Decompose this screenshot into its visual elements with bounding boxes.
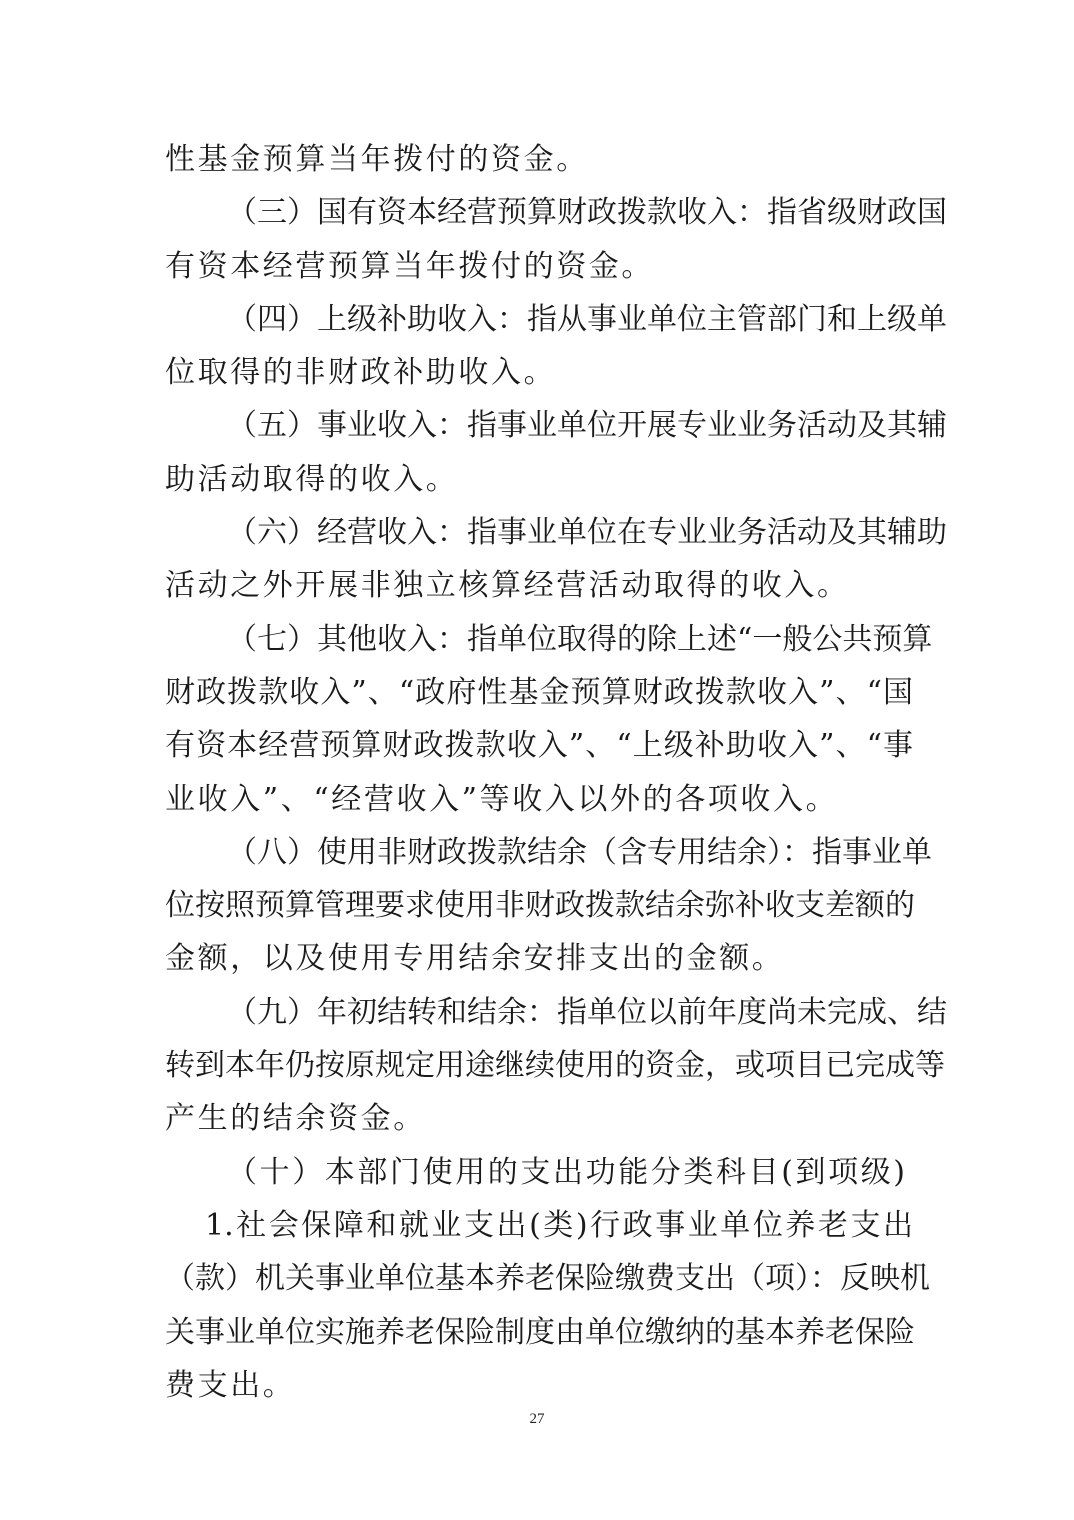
paragraph-three-line: （三）国有资本经营预算财政拨款收入：指省级财政国 (165, 186, 913, 239)
text-line: 位取得的非财政补助收入。 (165, 346, 913, 399)
paragraph-four-line: （四）上级补助收入：指从事业单位主管部门和上级单 (165, 293, 913, 346)
text-line: 费支出。 (165, 1359, 913, 1412)
text-line: 性基金预算当年拨付的资金。 (165, 133, 913, 186)
page-number: 27 (0, 1411, 1074, 1428)
paragraph-nine-line: （九）年初结转和结余：指单位以前年度尚未完成、结 (165, 986, 913, 1039)
text-line: 转到本年仍按原规定用途继续使用的资金，或项目已完成等 (165, 1039, 913, 1092)
text-line: 关事业单位实施养老保险制度由单位缴纳的基本养老保险 (165, 1306, 913, 1359)
paragraph-six-line: （六）经营收入：指事业单位在专业业务活动及其辅助 (165, 506, 913, 559)
document-body: 性基金预算当年拨付的资金。 （三）国有资本经营预算财政拨款收入：指省级财政国 有… (165, 133, 913, 1412)
text-line: 有资本经营预算当年拨付的资金。 (165, 240, 913, 293)
item-one-line: 1.社会保障和就业支出(类)行政事业单位养老支出 (165, 1199, 913, 1252)
paragraph-five-line: （五）事业收入：指事业单位开展专业业务活动及其辅 (165, 399, 913, 452)
text-line: 产生的结余资金。 (165, 1092, 913, 1145)
text-line: 财政拨款收入”、“政府性基金预算财政拨款收入”、“国 (165, 666, 913, 719)
text-line: 位按照预算管理要求使用非财政拨款结余弥补收支差额的 (165, 879, 913, 932)
text-line: 业收入”、“经营收入”等收入以外的各项收入。 (165, 773, 913, 826)
section-ten-heading: （十）本部门使用的支出功能分类科目(到项级) (165, 1146, 913, 1199)
text-line: 金额，以及使用专用结余安排支出的金额。 (165, 932, 913, 985)
document-page: 性基金预算当年拨付的资金。 （三）国有资本经营预算财政拨款收入：指省级财政国 有… (0, 0, 1074, 1520)
text-line: 助活动取得的收入。 (165, 453, 913, 506)
text-line: 有资本经营预算财政拨款收入”、“上级补助收入”、“事 (165, 719, 913, 772)
text-line: 活动之外开展非独立核算经营活动取得的收入。 (165, 559, 913, 612)
text-line: （款）机关事业单位基本养老保险缴费支出（项）：反映机 (165, 1252, 913, 1305)
paragraph-eight-line: （八）使用非财政拨款结余（含专用结余）：指事业单 (165, 826, 913, 879)
paragraph-seven-line: （七）其他收入：指单位取得的除上述“一般公共预算 (165, 613, 913, 666)
